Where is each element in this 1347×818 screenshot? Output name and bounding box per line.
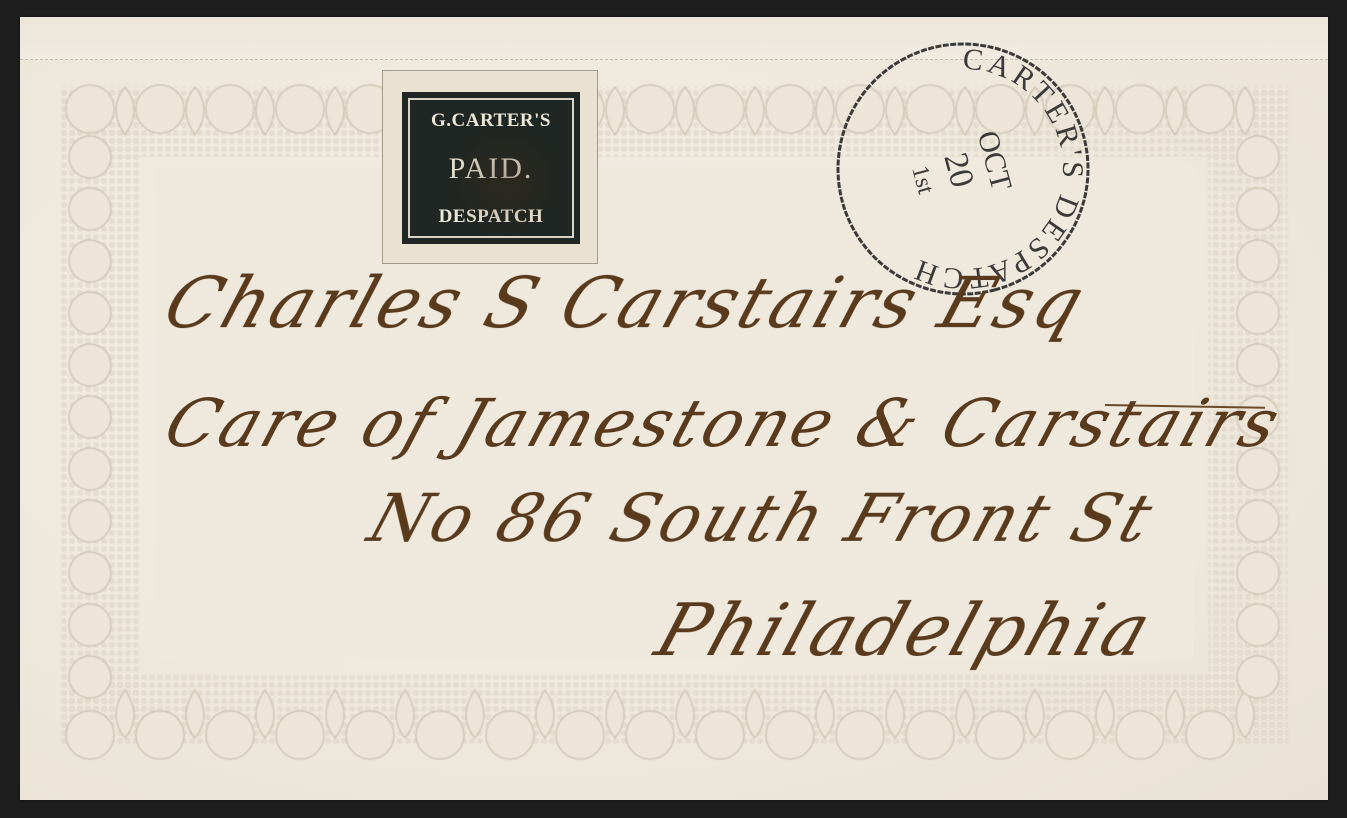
postmark-extra: 1st (906, 163, 938, 197)
circular-datestamp: CARTER'S DESPATCH OCT 20 1st (832, 38, 1094, 300)
stamp-bottom-text: DESPATCH (439, 206, 544, 228)
stamp-top-text: G.CARTER'S (431, 110, 551, 132)
carters-despatch-stamp: G.CARTER'S PAID. DESPATCH (402, 92, 580, 244)
address-line-1: Charles S Carstairs Esq (155, 262, 1097, 344)
address-line-2: Care of Jamestone & Carstairs (155, 385, 1291, 462)
flap-fold-line (20, 59, 1328, 60)
stamp-paper: G.CARTER'S PAID. DESPATCH (382, 70, 598, 264)
postmark-month: OCT (971, 127, 1018, 193)
postmark-day: 20 (936, 149, 981, 191)
address-line-3: No 86 South Front St (359, 480, 1164, 557)
stamp-middle-text: PAID. (449, 152, 534, 186)
address-line-4: Philadelphia (646, 588, 1163, 672)
envelope-flap-edge (20, 17, 1328, 59)
